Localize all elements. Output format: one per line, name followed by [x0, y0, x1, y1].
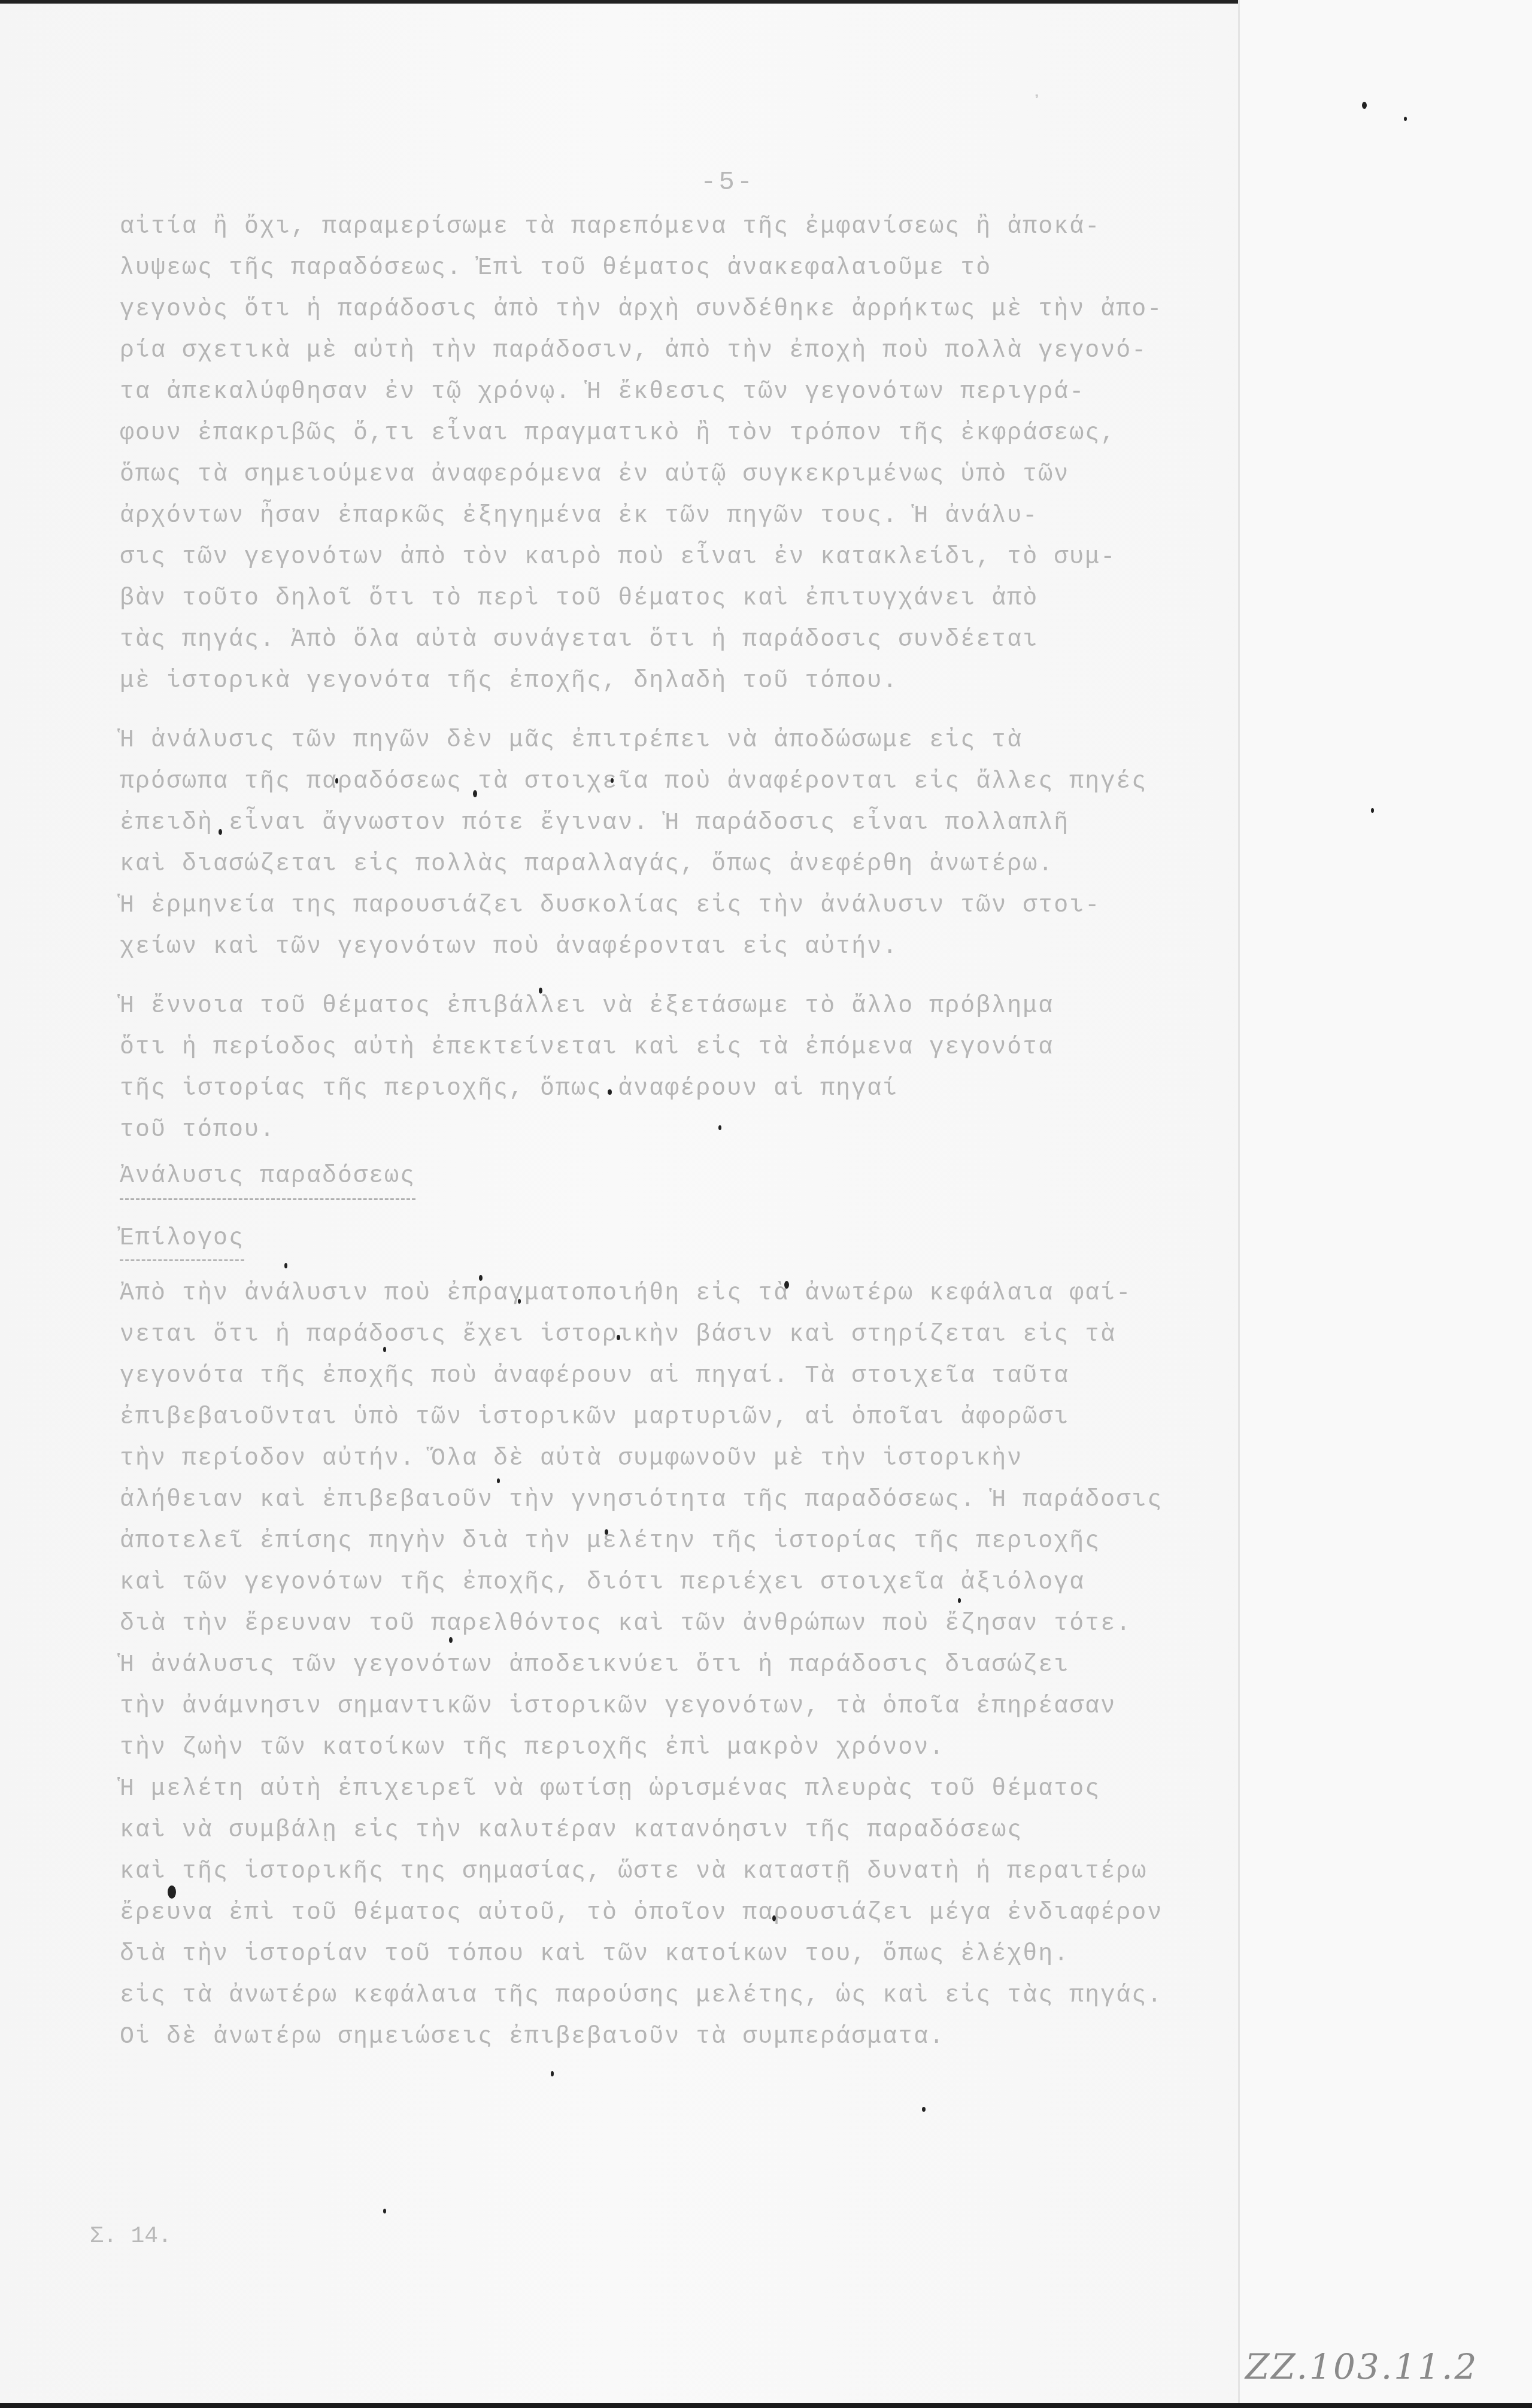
scan-speck	[219, 829, 222, 835]
scan-speck	[168, 1885, 176, 1899]
scan-speck	[784, 1281, 789, 1289]
paragraphs-before-heading: αἰτία ἢ ὄχι, παραμερίσωμε τὰ παρεπόμενα …	[120, 207, 1233, 1151]
text-line: τὰς πηγάς. Ἀπὸ ὅλα αὐτὰ συνάγεται ὅτι ἡ …	[120, 620, 1233, 661]
text-line: Ἡ ἑρμηνεία της παρουσιάζει δυσκολίας εἰς…	[120, 885, 1233, 927]
text-line: διὰ τὴν ἱστορίαν τοῦ τόπου καὶ τῶν κατοί…	[120, 1934, 1233, 1975]
scan-speck	[772, 1915, 776, 1921]
text-line: τοῦ τόπου.	[120, 1110, 1233, 1151]
scan-speck	[1404, 117, 1407, 121]
text-line: νεται ὅτι ἡ παράδοσις ἔχει ἱστορικὴν βάσ…	[120, 1314, 1233, 1356]
text-line: Οἱ δὲ ἀνωτέρω σημειώσεις ἐπιβεβαιοῦν τὰ …	[120, 2017, 1233, 2058]
paragraph: Ἀπὸ τὴν ἀνάλυσιν ποὺ ἐπραγματοποιήθη εἰς…	[120, 1273, 1233, 2058]
text-line: φουν ἐπακριβῶς ὅ,τι εἶναι πραγματικὸ ἢ τ…	[120, 413, 1233, 454]
text-line: ἀλήθειαν καὶ ἐπιβεβαιοῦν τὴν γνησιότητα …	[120, 1480, 1233, 1521]
text-line: ὅπως τὰ σημειούμενα ἀναφερόμενα ἐν αὐτῷ …	[120, 454, 1233, 496]
scan-speck	[1371, 808, 1374, 813]
margin-note: Σ. 14.	[90, 2224, 172, 2249]
section-subheading: Ἐπίλογος	[120, 1218, 244, 1261]
text-line: καὶ τῶν γεγονότων τῆς ἐποχῆς, διότι περι…	[120, 1562, 1233, 1604]
section-heading: Ἀνάλυσις παραδόσεως	[120, 1156, 415, 1200]
scan-speck	[718, 1125, 721, 1130]
text-line: ἀποτελεῖ ἐπίσης πηγὴν διὰ τὴν μελέτην τῆ…	[120, 1521, 1233, 1562]
text-line: πρόσωπα τῆς παραδόσεως τὰ στοιχεῖα ποὺ ἀ…	[120, 761, 1233, 803]
scan-speck	[922, 2107, 926, 2112]
text-line: ρία σχετικὰ μὲ αὐτὴ τὴν παράδοσιν, ἀπὸ τ…	[120, 330, 1233, 372]
text-line: χείων καὶ τῶν γεγονότων ποὺ ἀναφέρονται …	[120, 927, 1233, 968]
text-line: τῆς ἱστορίας τῆς περιοχῆς, ὅπως ἀναφέρου…	[120, 1068, 1233, 1110]
scan-bottom-edge	[0, 2403, 1532, 2408]
text-line: αἰτία ἢ ὄχι, παραμερίσωμε τὰ παρεπόμενα …	[120, 207, 1233, 248]
text-line: καὶ διασώζεται εἰς πολλὰς παραλλαγάς, ὅπ…	[120, 844, 1233, 885]
paragraph: Ἡ ἀνάλυσις τῶν πηγῶν δὲν μᾶς ἐπιτρέπει ν…	[120, 720, 1233, 968]
text-line: ἔρευνα ἐπὶ τοῦ θέματος αὐτοῦ, τὸ ὁποῖον …	[120, 1893, 1233, 1934]
paragraph: Ἡ ἔννοια τοῦ θέματος ἐπιβάλλει νὰ ἐξετάσ…	[120, 986, 1233, 1151]
text-line: καὶ τῆς ἱστορικῆς της σημασίας, ὥστε νὰ …	[120, 1851, 1233, 1893]
scan-speck	[1362, 102, 1367, 109]
text-line: σις τῶν γεγονότων ἀπὸ τὸν καιρὸ ποὺ εἶνα…	[120, 537, 1233, 578]
text-line: εἰς τὰ ἀνωτέρω κεφάλαια τῆς παρούσης μελ…	[120, 1975, 1233, 2017]
paragraphs-after-heading: Ἀπὸ τὴν ἀνάλυσιν ποὺ ἐπραγματοποιήθη εἰς…	[120, 1273, 1233, 2058]
text-line: Ἡ ἔννοια τοῦ θέματος ἐπιβάλλει νὰ ἐξετάσ…	[120, 986, 1233, 1027]
text-line: ἀρχόντων ἦσαν ἐπαρκῶς ἐξηγημένα ἐκ τῶν π…	[120, 496, 1233, 537]
subheading-line: Ἐπίλογος	[120, 1200, 1233, 1261]
text-line: διὰ τὴν ἔρευναν τοῦ παρελθόντος καὶ τῶν …	[120, 1604, 1233, 1645]
text-line: τὴν περίοδον αὐτήν. Ὅλα δὲ αὐτὰ συμφωνοῦ…	[120, 1438, 1233, 1480]
text-line: βὰν τοῦτο δηλοῖ ὅτι τὸ περὶ τοῦ θέματος …	[120, 578, 1233, 620]
scan-speck	[473, 790, 477, 797]
top-mark: ᾽	[1033, 93, 1047, 120]
text-line: τὴν ἀνάμνησιν σημαντικῶν ἱστορικῶν γεγον…	[120, 1686, 1233, 1727]
text-line: Ἡ ἀνάλυσις τῶν πηγῶν δὲν μᾶς ἐπιτρέπει ν…	[120, 720, 1233, 761]
page-number: -5-	[700, 168, 755, 198]
scan-speck	[518, 1299, 521, 1304]
text-line: καὶ νὰ συμβάλῃ εἰς τὴν καλυτέραν κατανόη…	[120, 1810, 1233, 1851]
scan-speck	[284, 1263, 287, 1268]
document-body: αἰτία ἢ ὄχι, παραμερίσωμε τὰ παρεπόμενα …	[120, 207, 1233, 2058]
text-line: τα ἀπεκαλύφθησαν ἐν τῷ χρόνῳ. Ἡ ἔκθεσις …	[120, 372, 1233, 413]
scan-speck	[958, 1598, 961, 1603]
scan-speck	[497, 1478, 500, 1483]
scan-speck	[335, 778, 338, 784]
text-line: Ἡ μελέτη αὐτὴ ἐπιχειρεῖ νὰ φωτίσῃ ὡρισμέ…	[120, 1769, 1233, 1810]
text-line: ἐπιβεβαιοῦνται ὑπὸ τῶν ἱστορικῶν μαρτυρι…	[120, 1397, 1233, 1438]
paragraph: αἰτία ἢ ὄχι, παραμερίσωμε τὰ παρεπόμενα …	[120, 207, 1233, 702]
text-line: γεγονότα τῆς ἐποχῆς ποὺ ἀναφέρουν αἱ πηγ…	[120, 1356, 1233, 1397]
scan-speck	[383, 1347, 386, 1352]
scan-speck	[617, 1335, 620, 1340]
text-line: λυψεως τῆς παραδόσεως. Ἐπὶ τοῦ θέματος ἀ…	[120, 248, 1233, 289]
text-line: ἐπειδὴ εἶναι ἄγνωστον πότε ἔγιναν. Ἡ παρ…	[120, 803, 1233, 844]
scan-speck	[383, 2209, 386, 2213]
scan-speck	[611, 778, 614, 783]
scan-speck	[551, 2071, 554, 2076]
scan-speck	[539, 988, 542, 994]
text-line: ὅτι ἡ περίοδος αὐτὴ ἐπεκτείνεται καὶ εἰς…	[120, 1027, 1233, 1068]
scan-speck	[479, 1275, 483, 1281]
text-line: Ἡ ἀνάλυσις τῶν γεγονότων ἀποδεικνύει ὅτι…	[120, 1645, 1233, 1686]
page-margin-strip	[1240, 0, 1532, 2408]
text-line: γεγονὸς ὅτι ἡ παράδοσις ἀπὸ τὴν ἀρχὴ συν…	[120, 289, 1233, 330]
scan-speck	[605, 1529, 608, 1535]
text-line: Ἀπὸ τὴν ἀνάλυσιν ποὺ ἐπραγματοποιήθη εἰς…	[120, 1273, 1233, 1314]
heading-line: Ἀνάλυσις παραδόσεως	[120, 1156, 1233, 1200]
scan-speck	[449, 1637, 453, 1643]
text-line: τὴν ζωὴν τῶν κατοίκων τῆς περιοχῆς ἐπὶ μ…	[120, 1727, 1233, 1769]
handwritten-archive-number: ZZ.103.11.2	[1245, 2346, 1478, 2387]
scan-speck	[608, 1089, 612, 1095]
text-line: μὲ ἱστορικὰ γεγονότα τῆς ἐποχῆς, δηλαδὴ …	[120, 661, 1233, 702]
